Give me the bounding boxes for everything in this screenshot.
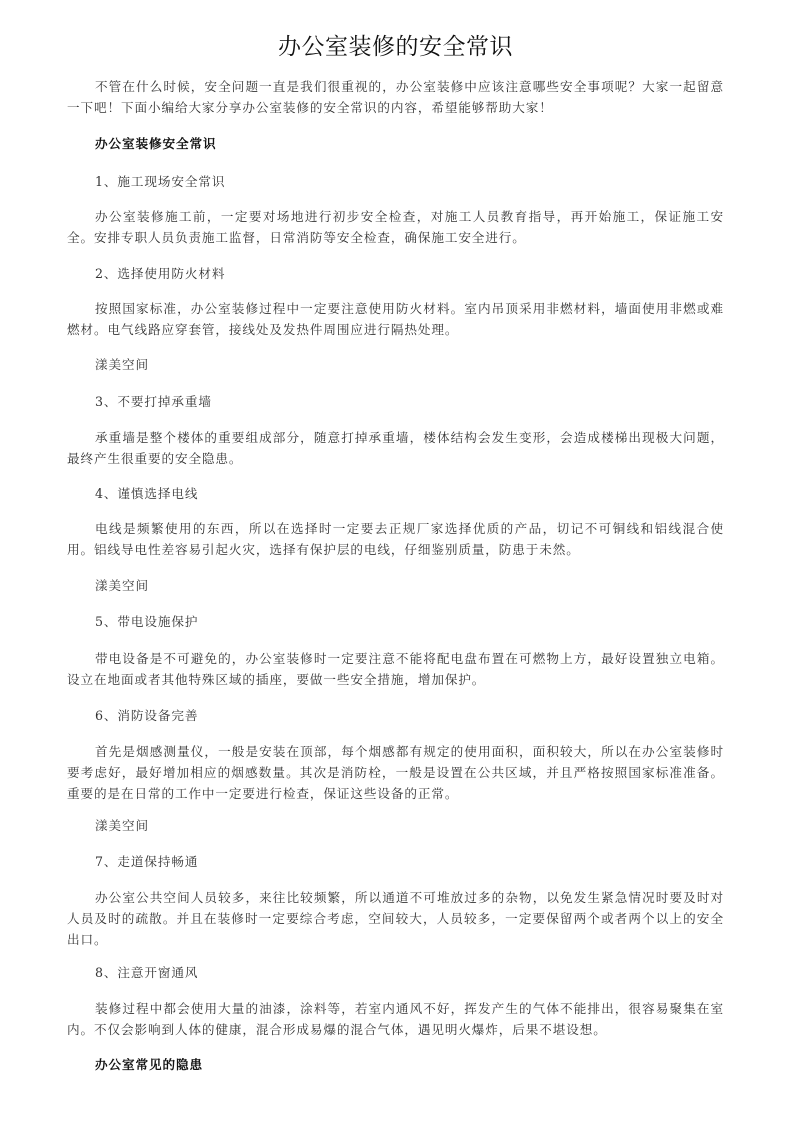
item-text-5: 带电设备是不可避免的，办公室装修时一定要注意不能将配电盘布置在可燃物上方，最好设…: [67, 648, 724, 690]
intro-paragraph: 不管在什么时候，安全问题一直是我们很重视的，办公室装修中应该注意哪些安全事项呢？…: [67, 76, 724, 118]
item-text-1: 办公室装修施工前，一定要对场地进行初步安全检查，对施工人员教育指导，再开始施工，…: [67, 206, 724, 248]
item-text-3: 承重墙是整个楼体的重要组成部分，随意打掉承重墙，楼体结构会发生变形，会造成楼梯出…: [67, 427, 724, 469]
watermark-label: 漾美空间: [95, 354, 149, 375]
item-heading-7: 7、走道保持畅通: [95, 851, 198, 872]
item-heading-8: 8、注意开窗通风: [95, 962, 198, 983]
item-heading-4: 4、谨慎选择电线: [95, 483, 198, 504]
item-heading-3: 3、不要打掉承重墙: [95, 391, 212, 412]
item-heading-2: 2、选择使用防火材料: [95, 263, 225, 284]
item-heading-1: 1、施工现场安全常识: [95, 171, 225, 192]
item-text-6: 首先是烟感测量仪，一般是安装在顶部，每个烟感都有规定的使用面积，面积较大，所以在…: [67, 741, 724, 804]
item-text-7: 办公室公共空间人员较多，来往比较频繁，所以通道不可堆放过多的杂物，以免发生紧急情…: [67, 887, 724, 950]
item-heading-5: 5、带电设施保护: [95, 611, 198, 632]
section-heading-safety-tips: 办公室装修安全常识: [95, 133, 216, 154]
watermark-label: 漾美空间: [95, 815, 149, 836]
item-heading-6: 6、消防设备完善: [95, 705, 198, 726]
watermark-label: 漾美空间: [95, 575, 149, 596]
item-text-8: 装修过程中都会使用大量的油漆，涂料等，若室内通风不好，挥发产生的气体不能排出，很…: [67, 998, 724, 1040]
item-text-2: 按照国家标准，办公室装修过程中一定要注意使用防火材料。室内吊顶采用非燃材料，墙面…: [67, 298, 724, 340]
section-heading-common-hazards: 办公室常见的隐患: [95, 1054, 203, 1075]
item-text-4: 电线是频繁使用的东西，所以在选择时一定要去正规厂家选择优质的产品，切记不可铜线和…: [67, 518, 724, 560]
document-title: 办公室装修的安全常识: [67, 32, 724, 62]
